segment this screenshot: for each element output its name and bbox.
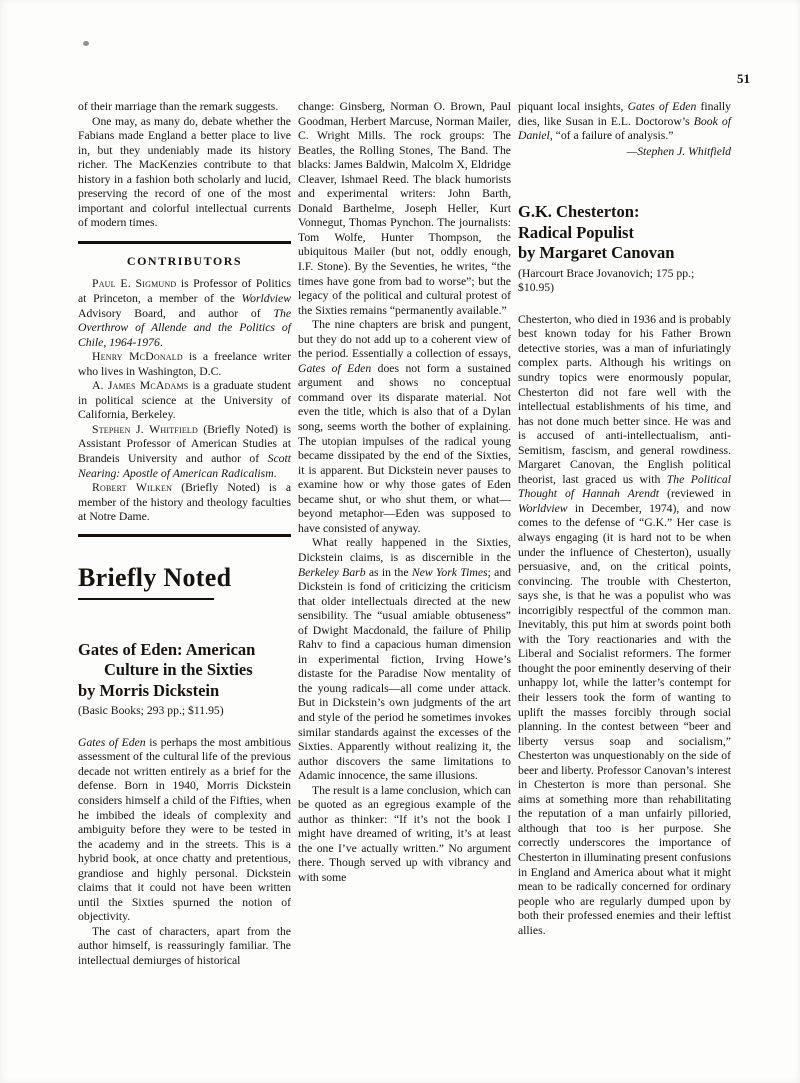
review-title-line: Radical Populist <box>518 223 731 244</box>
review-body: Gates of Eden is perhaps the most ambiti… <box>78 736 291 969</box>
publication-info: (Basic Books; 293 pp.; $11.95) <box>78 704 291 719</box>
paragraph: Gates of Eden is perhaps the most ambiti… <box>78 736 291 925</box>
paragraph: Chesterton, who died in 1936 and is prob… <box>518 313 731 939</box>
review-title: Gates of Eden: American Culture in the S… <box>78 640 291 702</box>
scan-speck <box>83 41 89 46</box>
paragraph: One may, as many do, debate whether the … <box>78 115 291 231</box>
divider <box>78 534 291 537</box>
section-heading-underline <box>78 598 214 600</box>
review-body: Chesterton, who died in 1936 and is prob… <box>518 313 731 939</box>
paragraph: Robert Wilken (Briefly Noted) is a membe… <box>78 481 291 525</box>
paragraph: Paul E. Sigmund is Professor of Politics… <box>78 277 291 350</box>
review-gk-chesterton: G.K. Chesterton: Radical Populist by Mar… <box>518 202 731 938</box>
review-title-line: G.K. Chesterton: <box>518 202 731 223</box>
paragraph: Stephen J. Whitfield (Briefly Noted) is … <box>78 423 291 481</box>
paragraph: of their marriage than the remark sugges… <box>78 100 291 115</box>
paragraph: A. James McAdams is a graduate student i… <box>78 379 291 423</box>
right-top-text: piquant local insights, Gates of Eden fi… <box>518 100 731 144</box>
page-number: 51 <box>737 71 750 87</box>
paragraph: piquant local insights, Gates of Eden fi… <box>518 100 731 144</box>
publication-info: (Harcourt Brace Jovanovich; 175 pp.; $10… <box>518 267 731 296</box>
review-title: G.K. Chesterton: Radical Populist by Mar… <box>518 202 731 264</box>
divider <box>78 241 291 244</box>
contributors-entries: Paul E. Sigmund is Professor of Politics… <box>78 277 291 524</box>
review-title-line: Gates of Eden: American <box>78 640 291 661</box>
review-title-line: by Morris Dickstein <box>78 681 291 702</box>
left-top-text: of their marriage than the remark sugges… <box>78 100 291 231</box>
right-column: piquant local insights, Gates of Eden fi… <box>518 100 731 938</box>
paragraph: change: Ginsberg, Norman O. Brown, Paul … <box>298 100 511 318</box>
middle-column: change: Ginsberg, Norman O. Brown, Paul … <box>298 100 511 886</box>
paragraph: The cast of characters, apart from the a… <box>78 925 291 969</box>
middle-text: change: Ginsberg, Norman O. Brown, Paul … <box>298 100 511 886</box>
review-gates-of-eden: Gates of Eden: American Culture in the S… <box>78 640 291 969</box>
reviewer-byline: —Stephen J. Whitfield <box>518 145 731 160</box>
contributors-heading: CONTRIBUTORS <box>78 254 291 269</box>
paragraph: The nine chapters are brisk and pungent,… <box>298 318 511 536</box>
left-column: of their marriage than the remark sugges… <box>78 100 291 969</box>
magazine-page: 51 of their marriage than the remark sug… <box>0 0 800 1083</box>
section-heading-briefly-noted: Briefly Noted <box>78 563 291 593</box>
review-title-line: by Margaret Canovan <box>518 243 731 264</box>
review-title-line: Culture in the Sixties <box>78 660 291 681</box>
paragraph: What really happened in the Sixties, Dic… <box>298 536 511 783</box>
paragraph: Henry McDonald is a freelance writer who… <box>78 350 291 379</box>
paragraph: The result is a lame conclusion, which c… <box>298 784 511 886</box>
